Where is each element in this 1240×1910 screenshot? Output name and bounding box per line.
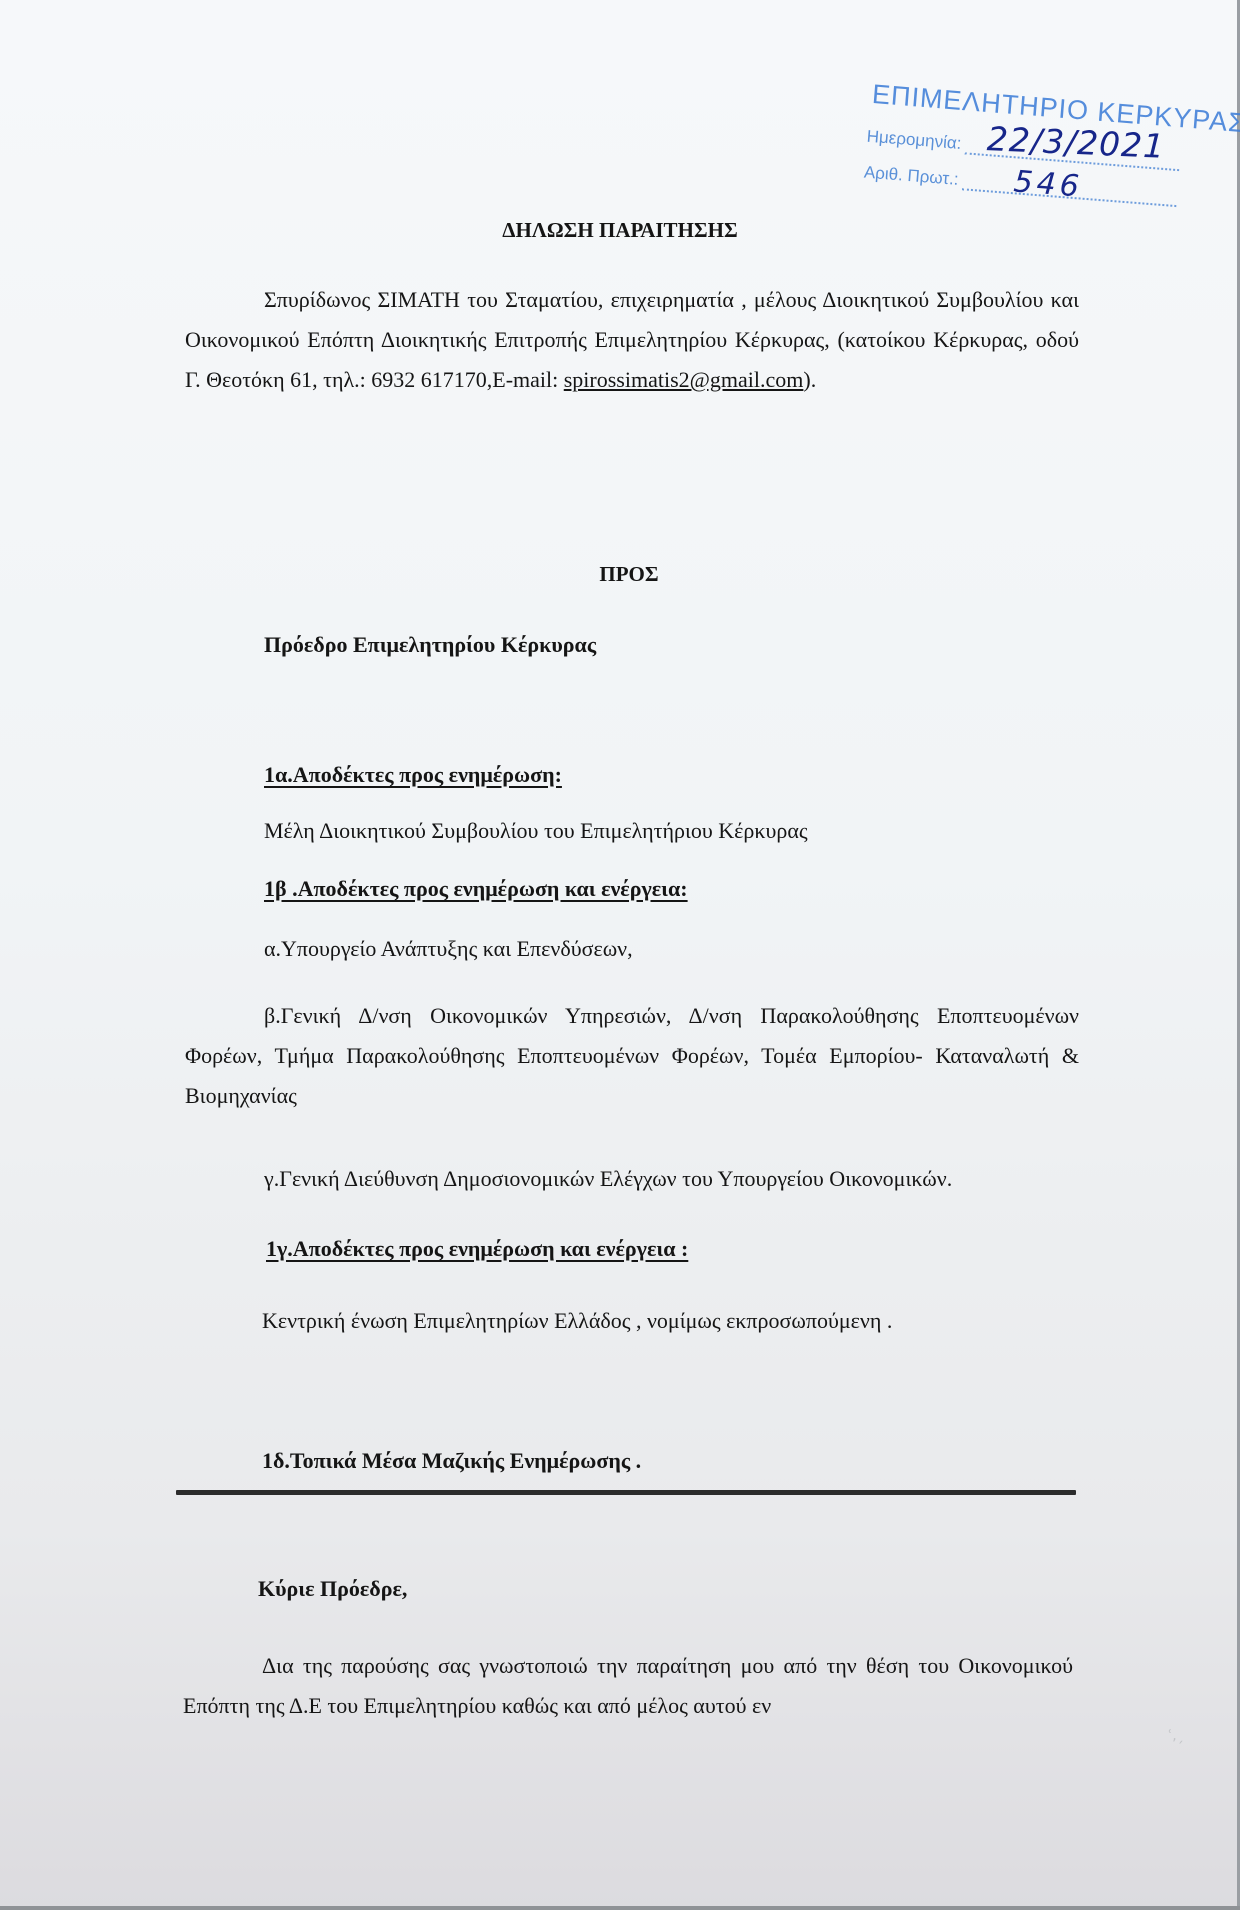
stamp-date-label: Ημερομηνία: (866, 127, 962, 153)
recipient-item: α.Υπουργείο Ανάπτυξης και Επενδύσεων, (264, 936, 633, 962)
salutation: Κύριε Πρόεδρε, (258, 1576, 407, 1602)
section-1a-heading: 1α.Αποδέκτες προς ενημέρωση: (264, 762, 562, 788)
handwritten-date: 22/3/2021 (986, 119, 1166, 166)
body-paragraph: Δια της παρούσης σας γνωστοποιώ την παρα… (183, 1646, 1073, 1726)
recipient-item: β.Γενική Δ/νση Οικονομικών Υπηρεσιών, Δ/… (185, 996, 1079, 1116)
handwritten-protocol-number: 546 (1012, 164, 1084, 204)
body-text: Δια της παρούσης σας γνωστοποιώ την παρα… (183, 1653, 1073, 1718)
page-edge-bottom (0, 1906, 1240, 1910)
horizontal-rule (176, 1490, 1076, 1495)
stamp-protocol-label: Αριθ. Πρωτ.: (863, 163, 959, 189)
recipient-item: Κεντρική ένωση Επιμελητηρίων Ελλάδος , ν… (262, 1308, 892, 1334)
recipient-main: Πρόεδρο Επιμελητηρίου Κέρκυρας (264, 632, 596, 658)
section-1g-heading: 1γ.Αποδέκτες προς ενημέρωση και ενέργεια… (266, 1236, 688, 1262)
intro-paragraph: Σπυρίδωνος ΣΙΜΑΤΗ του Σταματίου, επιχειρ… (185, 280, 1079, 400)
section-1b-heading: 1β .Αποδέκτες προς ενημέρωση και ενέργει… (264, 876, 688, 902)
to-heading: ΠΡΟΣ (0, 562, 1240, 587)
recipient-item: Μέλη Διοικητικού Συμβουλίου του Επιμελητ… (264, 818, 808, 844)
intro-closing: ). (803, 367, 816, 392)
reception-stamp: ΕΠΙΜΕΛΗΤΗΡΙΟ ΚΕΡΚΥΡΑΣ Ημερομηνία: Αριθ. … (848, 70, 1221, 278)
document-title: ΔΗΛΩΣΗ ΠΑΡΑΙΤΗΣΗΣ (0, 218, 1240, 243)
email-link[interactable]: spirossimatis2@gmail.com (564, 367, 804, 392)
section-1d-heading: 1δ.Τοπικά Μέσα Μαζικής Ενημέρωσης . (262, 1448, 641, 1474)
recipient-item: γ.Γενική Διεύθυνση Δημοσιονομικών Ελέγχω… (264, 1166, 952, 1192)
paper-smudge: ʿ,ˏ (1168, 1728, 1184, 1744)
recipient-item-text: β.Γενική Δ/νση Οικονομικών Υπηρεσιών, Δ/… (185, 1003, 1079, 1108)
